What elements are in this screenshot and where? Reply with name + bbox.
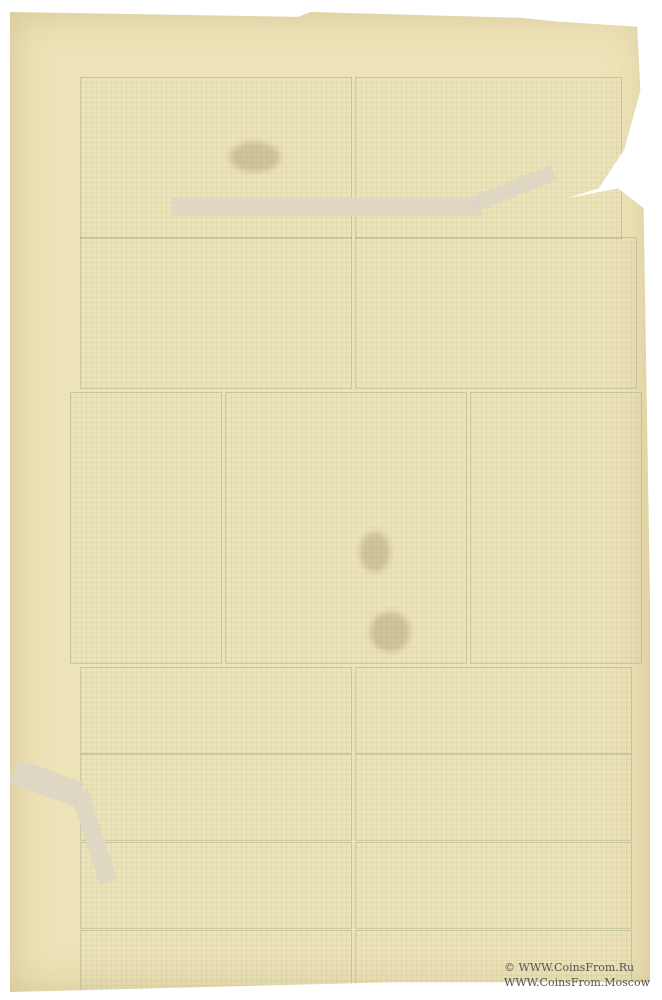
coupon-block: [80, 754, 352, 841]
coupon-block: [225, 392, 467, 664]
coupon-block: [355, 754, 632, 841]
coupon-block: [70, 392, 222, 664]
tape-strip: [172, 198, 482, 216]
stain: [360, 532, 390, 572]
coupon-block: [355, 237, 637, 389]
coupon-block: [80, 667, 352, 754]
watermark-line-2: WWW.CoinsFrom.Moscow: [504, 975, 650, 990]
coupon-block: [80, 237, 352, 389]
coupon-block: [355, 842, 632, 929]
stain: [370, 612, 410, 652]
coupon-block: [80, 930, 352, 992]
coupon-block: [470, 392, 642, 664]
watermark: © WWW.CoinsFrom.Ru WWW.CoinsFrom.Moscow: [504, 960, 650, 990]
coupon-block: [355, 667, 632, 754]
watermark-line-1: © WWW.CoinsFrom.Ru: [504, 960, 650, 975]
stain: [230, 142, 280, 172]
coupon-block: [80, 842, 352, 929]
